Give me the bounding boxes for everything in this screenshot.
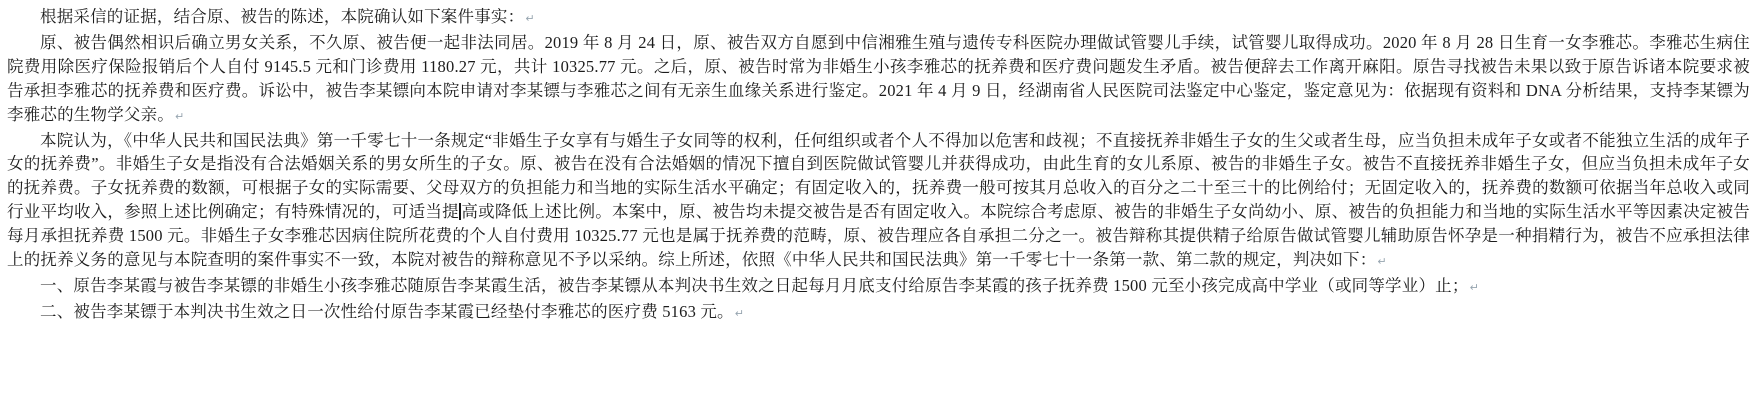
paragraph-case-facts-intro[interactable]: 根据采信的证据，结合原、被告的陈述，本院确认如下案件事实：↵ [7,5,1750,31]
court-judgment-document[interactable]: 根据采信的证据，结合原、被告的陈述，本院确认如下案件事实：↵ 原、被告偶然相识后… [0,0,1756,419]
paragraph-mark-icon: ↵ [525,12,534,25]
paragraph-text: 一、原告李某霞与被告李某镖的非婚生小孩李雅芯随原告李某霞生活，被告李某镖从本判决… [40,276,1469,295]
paragraph-ruling-item-2[interactable]: 二、被告李某镖于本判决书生效之日一次性给付原告李某霞已经垫付李雅芯的医疗费 51… [7,300,1750,326]
paragraph-mark-icon: ↵ [1377,255,1386,268]
paragraph-text: 原、被告偶然相识后确立男女关系，不久原、被告便一起非法同居。2019 年 8 月… [7,33,1750,124]
paragraph-mark-icon: ↵ [735,307,744,320]
paragraph-text: 根据采信的证据，结合原、被告的陈述，本院确认如下案件事实： [40,7,524,26]
paragraph-mark-icon: ↵ [1470,281,1479,294]
paragraph-ruling-item-1[interactable]: 一、原告李某霞与被告李某镖的非婚生小孩李雅芯随原告李某霞生活，被告李某镖从本判决… [7,274,1750,300]
paragraph-text: 二、被告李某镖于本判决书生效之日一次性给付原告李某霞已经垫付李雅芯的医疗费 51… [40,302,734,321]
paragraph-court-opinion[interactable]: 本院认为，《中华人民共和国民法典》第一千零七十一条规定“非婚生子女享有与婚生子女… [7,129,1750,274]
paragraph-mark-icon: ↵ [175,110,184,123]
paragraph-case-facts-body[interactable]: 原、被告偶然相识后确立男女关系，不久原、被告便一起非法同居。2019 年 8 月… [7,31,1750,129]
